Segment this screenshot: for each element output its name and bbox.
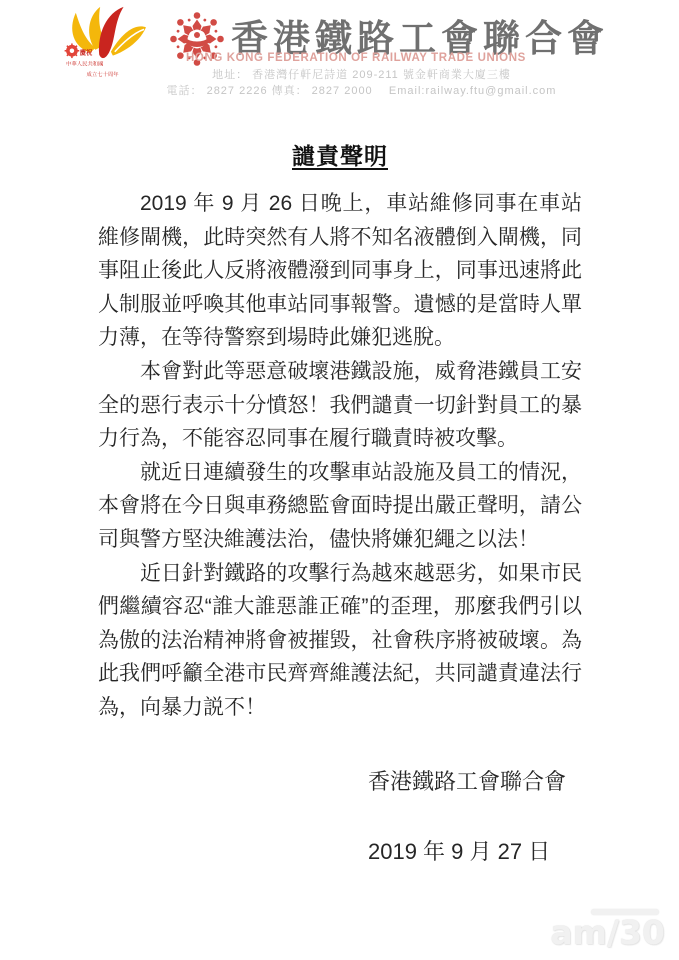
anniversary-caption-middle: 中華人民共和國 xyxy=(66,59,104,67)
statement-body: 譴責聲明 2019 年 9 月 26 日晚上，車站維修同事在車站維修閘機，此時突… xyxy=(98,143,582,867)
statement-paragraph-3: 就近日連續發生的攻擊車站設施及員工的情況，本會將在今日與車務總監會面時提出嚴正聲… xyxy=(98,456,582,557)
statement-paragraph-1: 2019 年 9 月 26 日晚上，車站維修同事在車站維修閘機，此時突然有人將不… xyxy=(98,187,582,355)
am730-watermark: am/30 xyxy=(550,909,665,950)
signature-organization: 香港鐵路工會聯合會 xyxy=(368,767,582,797)
gear-icon xyxy=(65,43,80,58)
letterhead-contact-block: 地址： 香港灣仔軒尼詩道 209-211 號金軒商業大廈三樓 電話： 2827 … xyxy=(0,68,679,99)
anniversary-caption-top: 慶祝 xyxy=(80,48,93,57)
statement-paragraph-2: 本會對此等惡意破壞港鐵設施，威脅港鐵員工安全的惡行表示十分憤怒！我們譴責一切針對… xyxy=(98,355,582,456)
signature-date: 2019 年 9 月 27 日 xyxy=(368,837,582,867)
statement-title: 譴責聲明 xyxy=(98,143,582,169)
org-name-english: HONG KONG FEDERATION OF RAILWAY TRADE UN… xyxy=(186,52,526,64)
phone-fax-email-line: 電話： 2827 2226 傳真： 2827 2000 Email:railwa… xyxy=(44,84,679,100)
am730-logo-text: am/30 xyxy=(550,916,665,950)
letterhead: 慶祝 中華人民共和國 成立七十周年 xyxy=(0,0,679,110)
signature-block: 香港鐵路工會聯合會 2019 年 9 月 27 日 xyxy=(98,767,582,867)
statement-paragraph-4: 近日針對鐵路的攻擊行為越來越惡劣，如果市民們繼續容忍“誰大誰惡誰正確”的歪理，那… xyxy=(98,557,582,725)
address-line: 地址： 香港灣仔軒尼詩道 209-211 號金軒商業大廈三樓 xyxy=(44,68,679,84)
statement-page: 慶祝 中華人民共和國 成立七十周年 xyxy=(0,0,679,960)
